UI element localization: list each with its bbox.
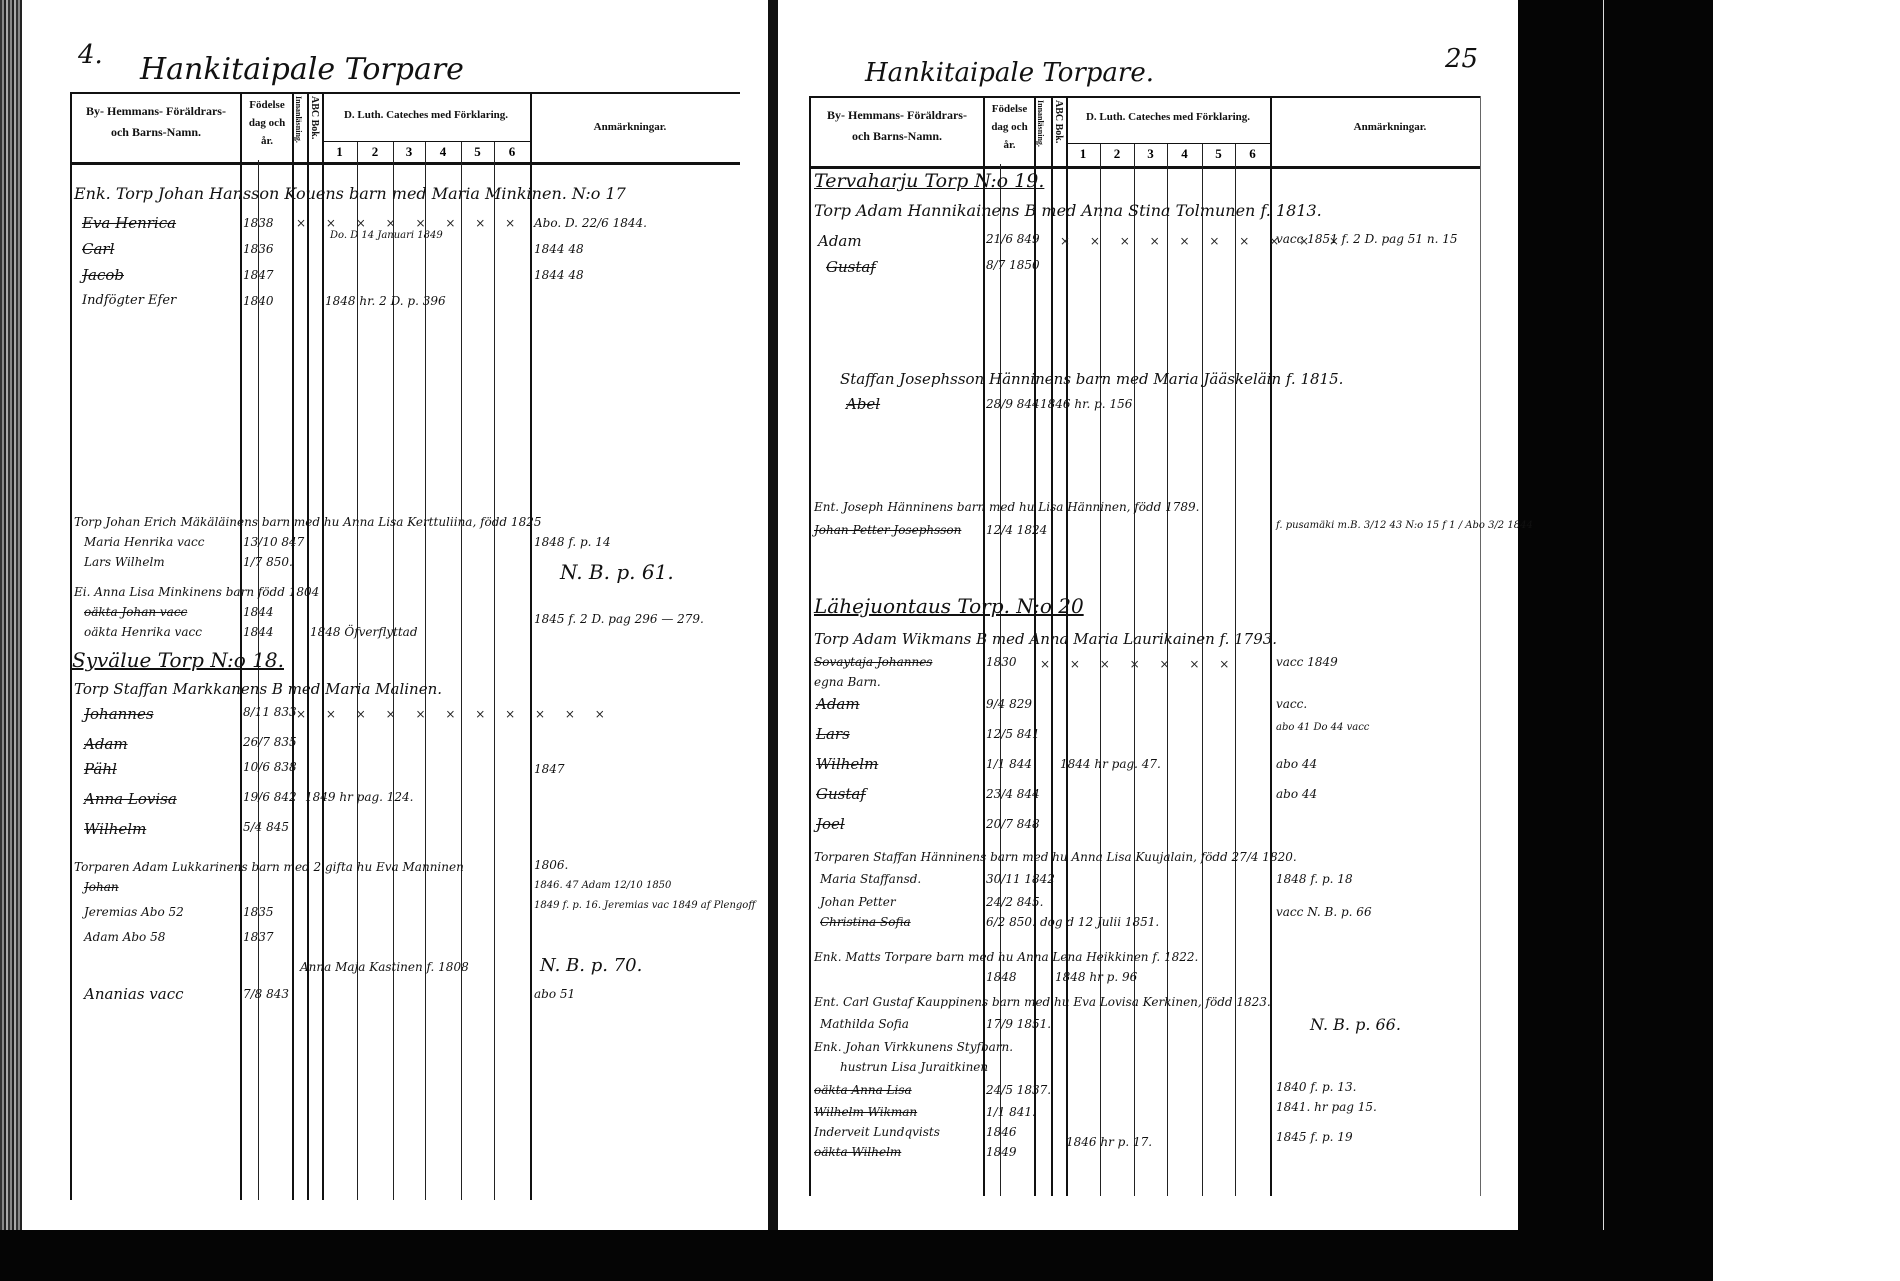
header-birth-line1: Födelse [242, 96, 292, 114]
entry-note: Do. D 14 Januari 1849 [330, 230, 443, 241]
entry-birth: 1830 [986, 655, 1017, 669]
entry-household: Staffan Josephsson Hänninens barn med Ma… [840, 370, 1343, 388]
scan-border-bottom [0, 1230, 1713, 1281]
entry-remark: 1844 48 [534, 242, 584, 256]
entry-household: Torparen Adam Lukkarinens barn med 2 gif… [74, 860, 464, 874]
header-birth-col: Födelse dag och år. [985, 100, 1034, 154]
header-catechism: D. Luth. Cateches med Förklaring. [322, 108, 530, 123]
left-page-title: Hankitaipale Torpare [140, 52, 464, 87]
entry-name: hustrun Lisa Juraitkinen [840, 1060, 988, 1074]
entry-note: 1848 hr p. 96 [1055, 970, 1137, 984]
entry-birth: 1844 [243, 625, 274, 639]
header-remarks: Anmärkningar. [560, 120, 700, 135]
entry-remark: 1845 f. p. 19 [1276, 1130, 1353, 1144]
header-birth-line2: dag och [242, 114, 292, 132]
entry-birth: 1849 [986, 1145, 1017, 1159]
entry-household: Torp Adam Hannikainens B med Anna Stina … [814, 202, 1322, 220]
entry-note: 1844 hr pag. 47. [1060, 757, 1161, 771]
entry-birth: 5/4 845 [243, 820, 289, 834]
entry-name: Gustaf [826, 258, 876, 276]
entry-name: Wilhelm [84, 820, 146, 838]
entry-birth: 1846 [986, 1125, 1017, 1139]
entry-name: oäkta Henrika vacc [84, 625, 202, 639]
entry-birth: 24/5 1837. [986, 1083, 1051, 1097]
header-innanlasning: Innanläsning. [1036, 100, 1045, 160]
entry-name: Mathilda Sofia [820, 1017, 909, 1031]
entry-household: Ent. Carl Gustaf Kauppinens barn med hu … [814, 995, 1271, 1009]
entry-name: Lars Wilhelm [84, 555, 165, 569]
entry-name: Anna Lovisa [84, 790, 177, 808]
entry-household: Torparen Staffan Hänninens barn med hu A… [814, 850, 1297, 864]
entry-birth: 1840 [243, 294, 274, 308]
entry-birth: 7/8 843 [243, 987, 289, 1001]
entry-name: oäkta Johan vacc [84, 605, 187, 619]
entry-birth: 20/7 848 [986, 817, 1040, 831]
entry-note: 1849 hr pag. 124. [305, 790, 414, 804]
entry-note: 1848 Öfverflyttad [310, 625, 418, 639]
entry-name: Lars [816, 725, 850, 743]
entry-name: Johannes [84, 705, 154, 723]
entry-household: Ent. Joseph Hänninens barn med hu Lisa H… [814, 500, 1200, 514]
entry-name: oäkta Wilhelm [814, 1145, 901, 1159]
cat-col-2: 2 [1100, 146, 1134, 162]
cat-col-4: 4 [425, 144, 461, 160]
cat-col-5: 5 [461, 144, 494, 160]
entry-name: Maria Staffansd. [820, 872, 921, 886]
entry-remark: 1806. [534, 858, 568, 872]
entry-household: Enk. Matts Torpare barn med hu Anna Lena… [814, 950, 1198, 964]
entry-remark: Abo. D. 22/6 1844. [534, 216, 647, 230]
header-name-line1: By- Hemmans- Föräldrars- [811, 108, 983, 123]
entry-birth: 1835 [243, 905, 274, 919]
header-birth-col: Födelse dag och år. [242, 96, 292, 150]
entry-birth: 17/9 1851. [986, 1017, 1051, 1031]
entry-birth: 8/7 1850 [986, 258, 1040, 272]
entry-birth: 21/6 849 [986, 232, 1040, 246]
entry-note: 1848 hr. 2 D. p. 396 [325, 294, 446, 308]
entry-remark: abo 51 [534, 987, 575, 1001]
entry-remark: abo 41 Do 44 vacc [1276, 722, 1369, 733]
entry-remark: abo 44 [1276, 757, 1317, 771]
right-page-number: 25 [1445, 44, 1478, 74]
entry-name: Jacob [82, 266, 124, 284]
entry-name: Adam [818, 232, 862, 250]
catechism-marks: × × × × × × × × × × × [296, 707, 613, 721]
entry-birth: 13/10 847 [243, 535, 304, 549]
homestead-header: Syvälue Torp N:o 18. [72, 648, 284, 672]
entry-name: Carl [82, 240, 114, 258]
entry-remark: N. B. p. 70. [540, 955, 642, 976]
entry-remark: 1841. hr pag 15. [1276, 1100, 1377, 1114]
entry-remark: 1848 f. p. 14 [534, 535, 611, 549]
header-name-line1: By- Hemmans- Föräldrars- [72, 104, 240, 119]
header-name-col: By- Hemmans- Föräldrars- och Barns-Namn. [811, 108, 983, 144]
entry-name: Adam [84, 735, 128, 753]
entry-note: 1846 hr p. 17. [1066, 1135, 1152, 1149]
cat-col-2: 2 [357, 144, 393, 160]
entry-name: Abel [846, 395, 880, 413]
entry-birth: 1836 [243, 242, 274, 256]
entry-birth: 6/2 850. [986, 915, 1036, 929]
entry-name: Gustaf [816, 785, 866, 803]
entry-birth: 1837 [243, 930, 274, 944]
entry-remark: N. B. p. 66. [1310, 1015, 1401, 1034]
entry-remark: 1845 f. 2 D. pag 296 — 279. [534, 612, 704, 626]
entry-remark: 1846. 47 Adam 12/10 1850 [534, 880, 671, 891]
header-birth-line1: Födelse [985, 100, 1034, 118]
entry-remark: 1844 48 [534, 268, 584, 282]
entry-birth: 1838 [243, 216, 274, 230]
right-page-title: Hankitaipale Torpare. [865, 58, 1154, 88]
entry-birth: 1/7 850. [243, 555, 293, 569]
header-catechism: D. Luth. Cateches med Förklaring. [1066, 110, 1270, 125]
entry-name: Inderveit Lundqvists [814, 1125, 940, 1139]
entry-remark: vacc N. B. p. 66 [1276, 905, 1372, 919]
entry-birth: 9/4 829 [986, 697, 1032, 711]
entry-remark: 1840 f. p. 13. [1276, 1080, 1356, 1094]
entry-name: Adam [816, 695, 860, 713]
book-gutter [768, 0, 778, 1230]
cat-col-3: 3 [1134, 146, 1167, 162]
entry-name: Sovaytaja Johannes [814, 655, 932, 669]
entry-name: Johan Petter [820, 895, 896, 909]
cat-col-6: 6 [494, 144, 530, 160]
entry-birth: 24/2 845. [986, 895, 1043, 909]
header-birth-line2: dag och [985, 118, 1034, 136]
header-abc-bok: ABC Bok. [309, 96, 320, 156]
entry-note: Anna Maja Kastinen f. 1808 [300, 960, 469, 974]
entry-birth: 30/11 1842 [986, 872, 1055, 886]
entry-name: Jeremias Abo 52 [84, 905, 184, 919]
cat-col-5: 5 [1202, 146, 1235, 162]
entry-birth: 8/11 833 [243, 705, 297, 719]
catechism-marks: × × × × × × × [1040, 657, 1237, 671]
cat-col-6: 6 [1235, 146, 1270, 162]
scan-edge-left [0, 0, 22, 1281]
scan-border-right [1518, 0, 1713, 1281]
header-remarks: Anmärkningar. [1330, 120, 1450, 135]
entry-birth: 26/7 835 [243, 735, 297, 749]
catechism-marks: × × × × × × × × [296, 216, 523, 230]
entry-name: Wilhelm [816, 755, 878, 773]
entry-birth: 12/5 841 [986, 727, 1040, 741]
cat-col-3: 3 [393, 144, 425, 160]
entry-birth: 19/6 842 [243, 790, 297, 804]
cat-col-1: 1 [322, 144, 357, 160]
entry-name: Wilhelm Wikman [814, 1105, 917, 1119]
entry-remark: 1849 f. p. 16. Jeremias vac 1849 af Plen… [534, 900, 755, 911]
entry-remark: N. B. p. 61. [560, 560, 674, 584]
entry-remark: abo 44 [1276, 787, 1317, 801]
entry-name: Ananias vacc [84, 985, 184, 1003]
entry-remark: 1848 f. p. 18 [1276, 872, 1353, 886]
entry-birth: 1847 [243, 268, 274, 282]
entry-name: Pähl [84, 760, 117, 778]
entry-birth: 1/1 844 [986, 757, 1032, 771]
entry-household: Torp Johan Erich Mäkäläinens barn med hu… [74, 515, 541, 529]
entry-name: Eva Henrica [82, 214, 176, 232]
entry-name: Indfögter Efer [82, 292, 176, 310]
entry-name: Christina Sofia [820, 915, 911, 929]
entry-household: Torp Staffan Markkanens B med Maria Mali… [74, 680, 442, 698]
entry-birth: 28/9 844 [986, 397, 1040, 411]
entry-birth: 23/4 844 [986, 787, 1040, 801]
left-page-number: 4. [78, 40, 103, 70]
entry-remark: vacc. [1276, 697, 1307, 711]
entry-remark: vacc 1849 [1276, 655, 1338, 669]
cat-col-1: 1 [1066, 146, 1100, 162]
entry-name: Johan [84, 880, 119, 894]
header-birth-line3: år. [242, 132, 292, 150]
entry-birth: 10/6 838 [243, 760, 297, 774]
header-birth-line3: år. [985, 136, 1034, 154]
entry-note: 1846 hr. p. 156 [1040, 397, 1132, 411]
entry-remark: 1847 [534, 762, 565, 776]
header-name-line2: och Barns-Namn. [811, 129, 983, 144]
entry-name: Joel [816, 815, 845, 833]
entry-birth: 12/4 1824 [986, 523, 1047, 537]
entry-household: Enk. Johan Virkkunens Styfbarn. [814, 1040, 1013, 1054]
entry-name: oäkta Anna Lisa [814, 1083, 912, 1097]
entry-label: egna Barn. [814, 675, 881, 689]
entry-note: dog d 12 Julii 1851. [1040, 915, 1159, 929]
entry-remark: f. pusamäki m.B. 3/12 43 N:o 15 f 1 / Ab… [1276, 520, 1533, 531]
entry-name: Adam Abo 58 [84, 930, 165, 944]
entry-household: Enk. Torp Johan Hansson Kouens barn med … [74, 185, 626, 203]
entry-household: Ei. Anna Lisa Minkinens barn född 1804 [74, 585, 319, 599]
cat-col-4: 4 [1167, 146, 1202, 162]
entry-birth: 1848 [986, 970, 1017, 984]
entry-birth: 1/1 841. [986, 1105, 1036, 1119]
homestead-header: Lähejuontaus Torp. N:o 20 [814, 594, 1084, 618]
header-name-line2: och Barns-Namn. [72, 125, 240, 140]
homestead-header: Tervaharju Torp N:o 19. [814, 170, 1044, 192]
entry-remark: vacc 1851 f. 2 D. pag 51 n. 15 [1276, 232, 1458, 246]
entry-birth: 1844 [243, 605, 274, 619]
header-abc-bok: ABC Bok. [1053, 100, 1064, 160]
entry-name: Johan Petter Josephsson [814, 523, 961, 537]
header-innanlasning: Innanläsning. [294, 96, 303, 156]
scan-border-line [1603, 0, 1604, 1281]
header-name-col: By- Hemmans- Föräldrars- och Barns-Namn. [72, 104, 240, 140]
entry-name: Maria Henrika vacc [84, 535, 204, 549]
entry-household: Torp Adam Wikmans B med Anna Maria Lauri… [814, 630, 1277, 648]
